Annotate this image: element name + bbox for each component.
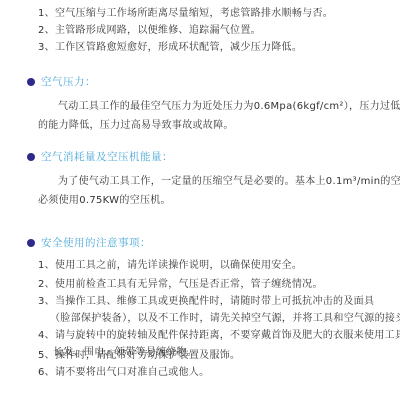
heading-text: 空气压力： (41, 75, 96, 89)
heading-air-consumption: 空气消耗量及空压机能量： (27, 150, 173, 164)
pipe-item-3: 3、工作区管路愈短愈好，形成环状配管，减少压力降低。 (38, 42, 302, 54)
pipe-item-2: 2、主管路形成网路，以便维修、追踪漏气位置。 (38, 25, 261, 37)
safety-item-2: 2、使用前检查工具有无异常，气压是否正常，管子缠绕情况。 (38, 279, 323, 291)
safety-item-4: 4、请与旋转中的旋转轴及配件保持距离，不要穿戴首饰及肥大的衣服来使用工具，束好 (38, 330, 400, 342)
bullet-icon (27, 153, 35, 161)
heading-air-pressure: 空气压力： (27, 75, 96, 89)
safety-item-5: 5、操作时，请配带好劳动保护装置及服饰。 (38, 350, 240, 362)
safety-item-3-cont: （脸部保护装备），以及不工作时，请先关掉空气源，并将工具和空气源的接头拔下。 (50, 313, 400, 325)
pressure-para-line2: 的能力降低，压力过高易导致事故或故障。 (38, 120, 234, 132)
pipe-item-1: 1、空气压缩与工作场所距离尽量缩短，考虑管路排水顺畅与否。 (38, 8, 333, 20)
heading-safety-notes: 安全使用的注意事项： (27, 236, 151, 250)
heading-text: 安全使用的注意事项： (41, 236, 151, 250)
consumption-para-line1: 为了使气动工具工作，一定量的压缩空气是必要的。基本上0.1m³/min的空气消耗… (58, 176, 400, 188)
bullet-icon (27, 239, 35, 247)
safety-item-6: 6、请不要将出气口对准自己或他人。 (38, 367, 209, 379)
heading-text: 空气消耗量及空压机能量： (41, 150, 173, 164)
bullet-icon (27, 78, 35, 86)
safety-item-1: 1、使用工具之前，请先详读操作说明，以确保使用安全。 (38, 260, 302, 272)
safety-item-3: 3、当操作工具、维修工具或更换配件时，请随时带上可抵抗冲击的及面具 (38, 296, 374, 308)
consumption-para-line2: 必须使用0.75KW的空压机。 (38, 195, 171, 207)
pressure-para-line1: 气动工具工作的最佳空气压力为近处压力为0.6Mpa(6kgf/cm²），压力过低… (58, 101, 400, 113)
